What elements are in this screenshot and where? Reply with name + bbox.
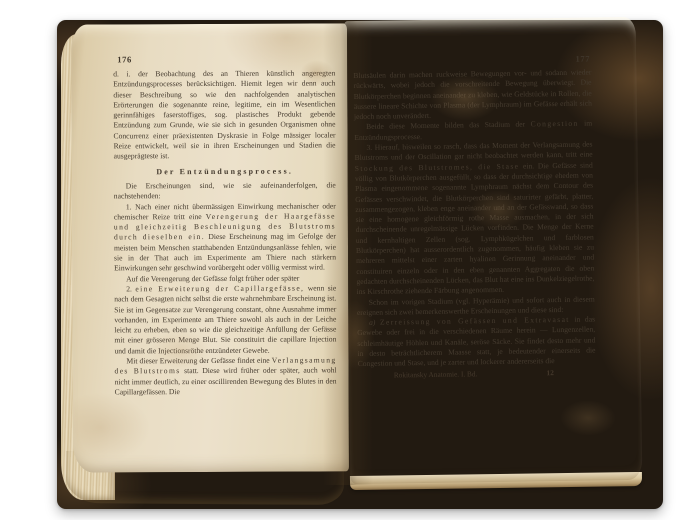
paragraph: 2. eine Erweiterung der Capillargefässe,… [114,283,336,356]
paragraph: 3. Hierauf, bisweilen so rasch, dass das… [354,140,594,298]
page-left: 176 d. i. der Beobachtung des an Thieren… [71,23,349,472]
text-column-right: Blutsäulen darin machen ruckweise Bewegu… [353,68,597,471]
body-text: Die Erscheinungen sind, wie sie aufeinan… [114,180,336,200]
paragraph: Mit dieser Erweiterung der Gefässe finde… [114,355,336,397]
body-text: Blutsäulen darin machen ruckweise Bewegu… [353,68,592,122]
paragraph: Blutsäulen darin machen ruckweise Bewegu… [353,68,592,123]
footer-sheet-number: 12 [546,368,553,378]
body-text: d. i. der Beobachtung des an Thieren kün… [113,68,335,160]
body-text: 3. Hierauf, bisweilen so rasch, dass das… [355,140,593,163]
body-text: Der Entzündungsprocess. [156,166,293,176]
body-text: Mit dieser Erweiterung der Gefässe finde… [126,356,271,366]
page-right: 177 Blutsäulen darin machen ruckweise Be… [344,17,643,484]
body-text: Auf die Verengerung der Gefässe folgt fr… [126,273,299,283]
body-text: 2. [126,284,135,293]
paragraph: 1. Nach einer nicht übermässigen Einwirk… [114,201,336,274]
body-text: wenn sie nach dem Gesagten nicht selbst … [114,283,336,355]
emphasized-text: eine Erweiterung der Capillargefässe, [135,284,304,294]
emphasized-text: Congestion [531,119,579,129]
body-text: a) [369,318,380,327]
body-text: Beide diese Momente bilden das Stadium d… [366,120,531,131]
footer-signature: Rokitansky Anatomie. I. Bd. [394,369,478,381]
page-number-right: 177 [575,54,590,64]
section-heading: Der Entzündungsprocess. [114,166,336,177]
body-text: Schon im vorigen Stadium (vgl. Hyperämie… [357,294,595,317]
body-text: ein. Die Gefässe sind völlig von Blutkör… [355,160,595,296]
paragraph: Die Erscheinungen sind, wie sie aufeinan… [114,180,336,202]
page-number-left: 176 [117,54,132,64]
paragraph: d. i. der Beobachtung des an Thieren kün… [113,68,335,162]
text-column-left: d. i. der Beobachtung des an Thieren kün… [113,68,337,461]
paragraph: a) Zerreissung von Gefässen und Extravas… [357,315,596,370]
photo-backdrop: 176 d. i. der Beobachtung des an Thieren… [0,0,700,520]
